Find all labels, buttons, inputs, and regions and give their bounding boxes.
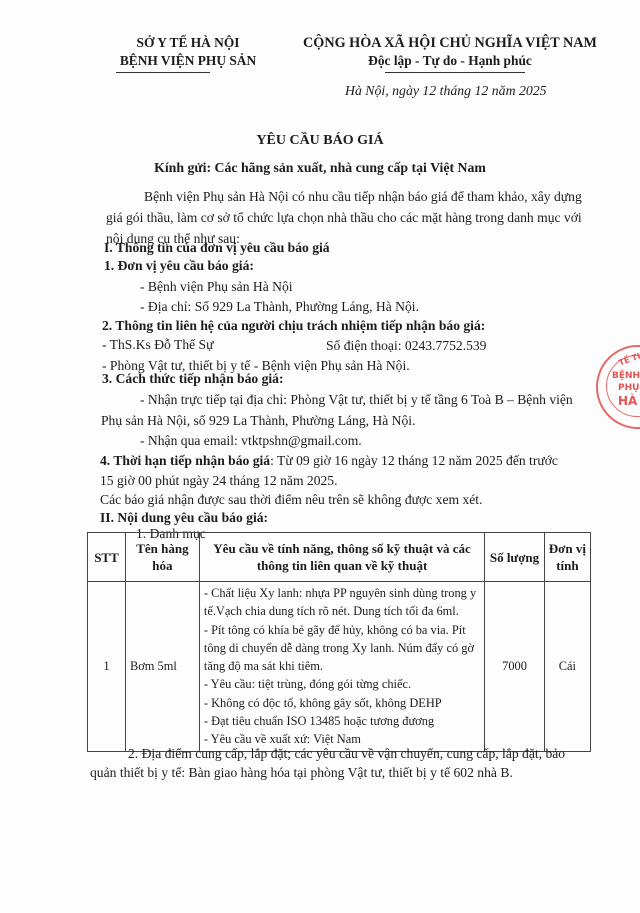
receive-email-line: - Nhận qua email: vtktpshn@gmail.com. — [140, 433, 362, 449]
spec-line: - Pít tông có khía bẻ gãy để hủy, không … — [204, 621, 480, 676]
item-table: STT Tên hàng hóa Yêu cầu về tính năng, t… — [87, 532, 591, 752]
spec-line: - Yêu cầu: tiệt trùng, đóng gói từng chi… — [204, 675, 480, 693]
deadline-note: Các báo giá nhận được sau thời điểm nêu … — [100, 492, 482, 508]
issuer-underline — [116, 72, 210, 73]
deadline-line-1: 4. Thời hạn tiếp nhận báo giá: Từ 09 giờ… — [100, 453, 558, 469]
official-stamp: TẾ THÀNH BỆNH PHỤ HÀ — [596, 345, 640, 429]
intro-line-1: Bệnh viện Phụ sản Hà Nội có nhu cầu tiếp… — [144, 189, 582, 205]
delivery-line-2: quản thiết bị y tế: Bàn giao hàng hóa tạ… — [90, 765, 513, 781]
national-motto: Độc lập - Tự do - Hạnh phúc — [295, 52, 605, 70]
section-1-2-heading: 2. Thông tin liên hệ của người chịu trác… — [102, 318, 485, 334]
section-1-1-heading: 1. Đơn vị yêu cầu báo giá: — [104, 258, 254, 274]
stamp-text-1: BỆNH — [612, 371, 640, 381]
deadline-line-2: 15 giờ 00 phút ngày 24 tháng 12 năm 2025… — [100, 473, 338, 489]
section-1-heading: I. Thông tin của đơn vị yêu cầu báo giá — [104, 240, 330, 256]
requesting-unit-name: - Bệnh viện Phụ sản Hà Nội — [140, 279, 293, 295]
cell-unit: Cái — [544, 582, 590, 752]
table-header-row: STT Tên hàng hóa Yêu cầu về tính năng, t… — [88, 533, 591, 582]
stamp-text-2: PHỤ — [618, 383, 639, 393]
contact-phone: Số điện thoại: 0243.7752.539 — [326, 338, 486, 354]
section-1-3-heading: 3. Cách thức tiếp nhận báo giá: — [102, 371, 284, 387]
header-stt: STT — [88, 533, 126, 582]
receive-direct-line-2: Phụ sản Hà Nội, số 929 La Thành, Phường … — [101, 413, 415, 429]
issuer-block: SỞ Y TẾ HÀ NỘI BỆNH VIỆN PHỤ SẢN — [88, 34, 288, 70]
contact-name: - ThS.Ks Đỗ Thế Sự — [102, 337, 213, 353]
spec-line: - Không có độc tố, không gây sốt, không … — [204, 694, 480, 712]
issuer-department: SỞ Y TẾ HÀ NỘI — [88, 34, 288, 52]
receive-email-link[interactable]: vtktpshn@gmail.com — [241, 433, 358, 448]
header-specification: Yêu cầu về tính năng, thông số kỹ thuật … — [199, 533, 484, 582]
stamp-text-3: HÀ — [618, 395, 637, 408]
header-item-name: Tên hàng hóa — [125, 533, 199, 582]
cell-specification: - Chất liệu Xy lanh: nhựa PP nguyên sinh… — [199, 582, 484, 752]
header-unit: Đơn vị tính — [544, 533, 590, 582]
delivery-line-1: 2. Địa điểm cung cấp, lắp đặt; các yêu c… — [128, 746, 565, 762]
national-motto-block: CỘNG HÒA XÃ HỘI CHỦ NGHĨA VIỆT NAM Độc l… — [295, 34, 605, 70]
recipient-line: Kính gửi: Các hãng sản xuất, nhà cung cấ… — [0, 160, 640, 176]
header-quantity: Số lượng — [485, 533, 545, 582]
receive-email-label: - Nhận qua email: — [140, 433, 241, 448]
section-2-heading: II. Nội dung yêu cầu báo giá: — [100, 510, 268, 526]
national-name: CỘNG HÒA XÃ HỘI CHỦ NGHĨA VIỆT NAM — [295, 34, 605, 52]
spec-line: - Đạt tiêu chuẩn ISO 13485 hoặc tương đư… — [204, 712, 480, 730]
deadline-from: : Từ 09 giờ 16 ngày 12 tháng 12 năm 2025… — [270, 453, 558, 468]
intro-line-2: giá gói thầu, làm cơ sở tổ chức lựa chọn… — [106, 210, 582, 226]
requesting-unit-address: - Địa chỉ: Số 929 La Thành, Phường Láng,… — [140, 299, 419, 315]
document-date: Hà Nội, ngày 12 tháng 12 năm 2025 — [345, 83, 547, 99]
document-title: YÊU CẦU BÁO GIÁ — [0, 133, 640, 149]
spec-line: - Chất liệu Xy lanh: nhựa PP nguyên sinh… — [204, 584, 480, 621]
issuer-hospital: BỆNH VIỆN PHỤ SẢN — [88, 52, 288, 70]
cell-item-name: Bơm 5ml — [125, 582, 199, 752]
table-row: 1 Bơm 5ml - Chất liệu Xy lanh: nhựa PP n… — [88, 582, 591, 752]
receive-direct-line-1: - Nhận trực tiếp tại địa chỉ: Phòng Vật … — [140, 392, 573, 408]
motto-underline — [385, 72, 525, 73]
cell-quantity: 7000 — [485, 582, 545, 752]
cell-stt: 1 — [88, 582, 126, 752]
section-1-4-heading: 4. Thời hạn tiếp nhận báo giá — [100, 453, 270, 468]
